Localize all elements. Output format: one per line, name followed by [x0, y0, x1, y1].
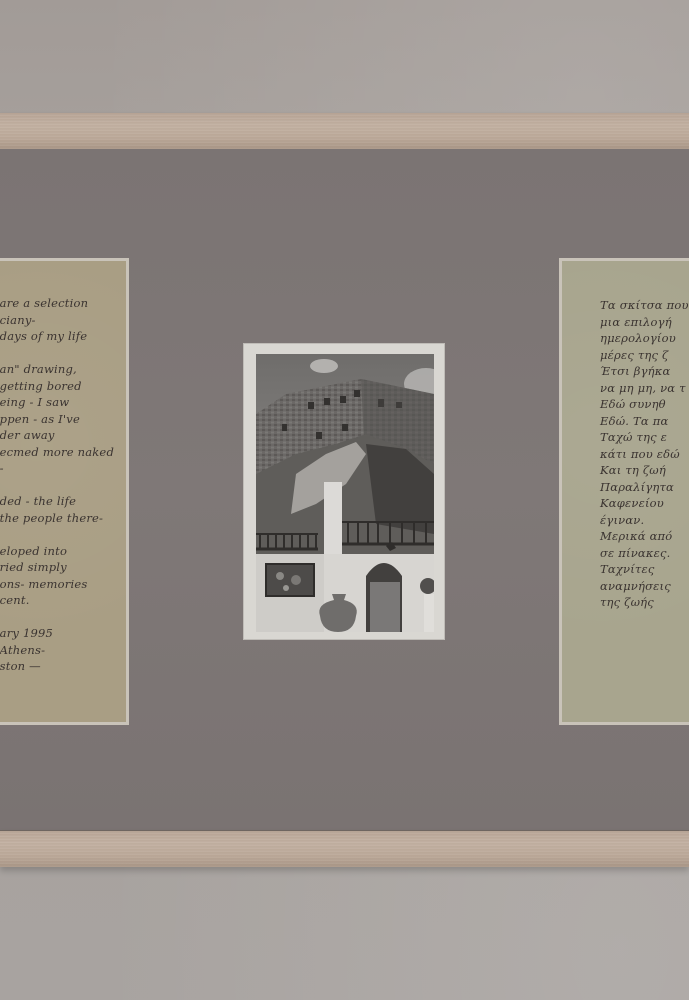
handwritten-line: έγιναν.: [600, 512, 689, 529]
handwritten-line: σε πίνακες.: [600, 545, 689, 562]
handwritten-line: αναμνήσεις: [600, 578, 689, 595]
right-handwritten-text: Τα σκίτσα πουμια επιλογήημερολογίουμέρες…: [600, 297, 689, 611]
handwritten-line: Έτσι βγήκα: [600, 363, 689, 380]
handwritten-line: Εδώ συνηθ: [600, 396, 689, 413]
frame-bottom-rail: [0, 830, 689, 867]
handwritten-line: της ζωής: [600, 594, 689, 611]
handwritten-line: cent.: [0, 592, 114, 609]
handwritten-line: getting bored: [0, 378, 114, 395]
handwritten-line: Ταχνίτες: [600, 561, 689, 578]
handwritten-line: ημερολογίου: [600, 330, 689, 347]
handwritten-line: [0, 609, 114, 626]
handwritten-line: [0, 526, 114, 543]
handwritten-line: Παραλίγητα: [600, 479, 689, 496]
handwritten-line: ded - the life: [0, 493, 114, 510]
handwritten-line: Καφενείου: [600, 495, 689, 512]
handwritten-line: [0, 345, 114, 362]
handwritten-line: ary 1995: [0, 625, 114, 642]
handwritten-line: [0, 477, 114, 494]
handwritten-line: are a selection: [0, 295, 114, 312]
center-photograph: [256, 354, 434, 632]
handwritten-line: Ταχώ της ε: [600, 429, 689, 446]
handwritten-line: μια επιλογή: [600, 314, 689, 331]
handwritten-line: Athens-: [0, 642, 114, 659]
handwritten-line: κάτι που εδώ: [600, 446, 689, 463]
handwritten-line: ried simply: [0, 559, 114, 576]
frame-top-rail: [0, 113, 689, 149]
handwritten-line: eing - I saw: [0, 394, 114, 411]
handwritten-line: the people there-: [0, 510, 114, 527]
handwritten-line: Μερικά από: [600, 528, 689, 545]
handwritten-line: eloped into: [0, 543, 114, 560]
photo-mount: [243, 343, 445, 640]
left-handwritten-panel: are a selectionciany-days of my lifean" …: [0, 258, 129, 725]
handwritten-line: -: [0, 460, 114, 477]
right-handwritten-panel: Τα σκίτσα πουμια επιλογήημερολογίουμέρες…: [559, 258, 689, 725]
left-handwritten-text: are a selectionciany-days of my lifean" …: [0, 295, 114, 675]
handwritten-line: μέρες της ζ: [600, 347, 689, 364]
handwritten-line: να μη μη, να τ: [600, 380, 689, 397]
handwritten-line: ciany-: [0, 312, 114, 329]
photo-illustration: [256, 354, 434, 632]
handwritten-line: Τα σκίτσα που: [600, 297, 689, 314]
handwritten-line: days of my life: [0, 328, 114, 345]
handwritten-line: ecmed more naked: [0, 444, 114, 461]
handwritten-line: Εδώ. Τα πα: [600, 413, 689, 430]
handwritten-line: an" drawing,: [0, 361, 114, 378]
handwritten-line: ston —: [0, 658, 114, 675]
handwritten-line: Και τη ζωή: [600, 462, 689, 479]
handwritten-line: ppen - as I've: [0, 411, 114, 428]
handwritten-line: der away: [0, 427, 114, 444]
handwritten-line: ons- memories: [0, 576, 114, 593]
